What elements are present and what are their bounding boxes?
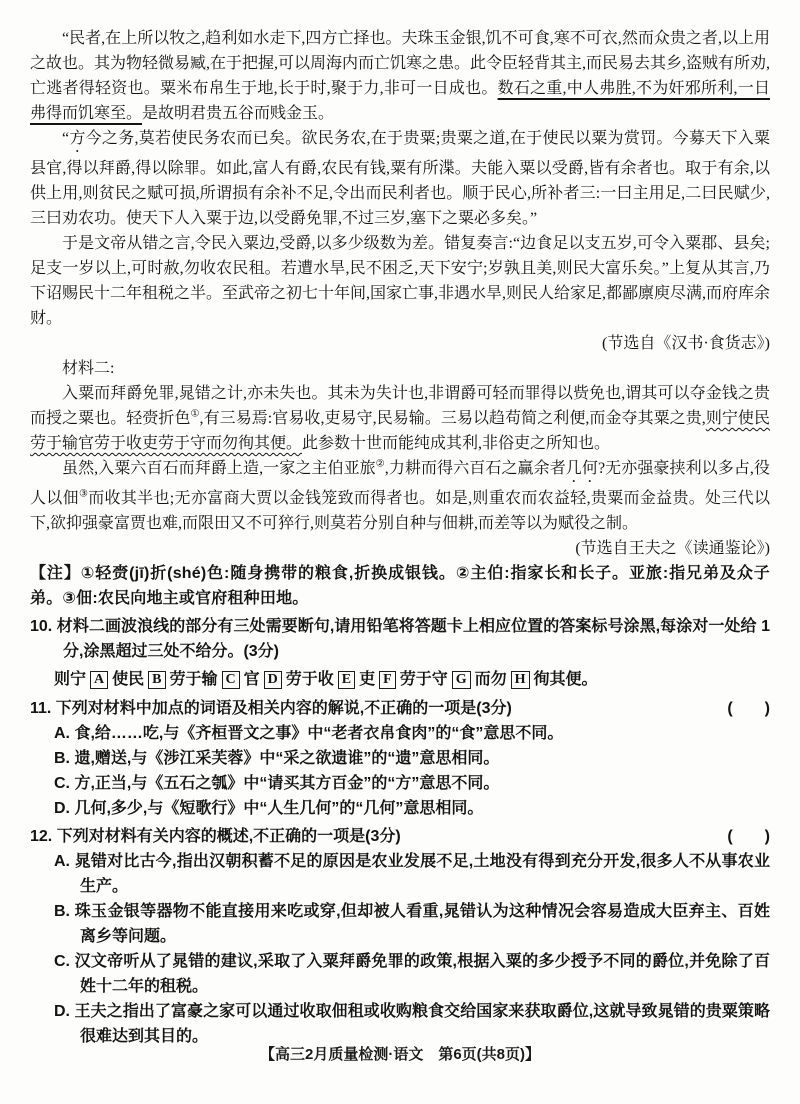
material1-attribution: (节选自《汉书·食货志》) xyxy=(30,331,770,356)
text-segment: 吏 xyxy=(359,671,375,688)
question-12-option-c: C. 汉文帝听从了晁错的建议,采取了入粟拜爵免罪的政策,根据入粟的多少授予不同的… xyxy=(54,949,770,999)
text-segment: 是故明君贵五谷而贱金玉。 xyxy=(142,105,334,122)
text-segment: 虽然,入粟六百石而拜爵上造,一家之主伯亚旅 xyxy=(62,460,376,477)
answer-letter-box: G xyxy=(452,671,471,689)
text-segment: ,力耕而得六百石之赢余者 xyxy=(385,460,566,477)
text-segment: B. 珠玉金银等器物不能直接用来吃或穿,但却被人看重,晁错认为这种情况会容易造成… xyxy=(54,903,770,945)
text-segment: 几何 xyxy=(566,460,598,477)
text-segment: ① xyxy=(191,409,200,420)
question-11-option-d: D. 几何,多少,与《短歌行》中“人生几何”的“几何”意思相同。 xyxy=(54,796,770,821)
question-11-option-b: B. 遗,赠送,与《涉江采芙蓉》中“采之欲遗谁”的“遗”意思相同。 xyxy=(54,746,770,771)
text-segment: (节选自《汉书·食货志》) xyxy=(602,335,770,352)
text-segment: 【注】①轻赍(jī)折(shé)色:随身携带的粮食,折换成银钱。②主伯:指家长和… xyxy=(30,565,770,607)
text-segment: 今之务,莫若使民务农而已矣。欲民务农,在于贵粟;贵粟之道,在于使民以粟为赏罚。今… xyxy=(30,130,770,227)
question-12-option-d: D. 王夫之指出了富豪之家可以通过收取佃租或收购粮食交给国家来获取爵位,这就导致… xyxy=(54,999,770,1049)
text-segment: A. 晁错对比古今,指出汉朝积蓄不足的原因是农业发展不足,土地没有得到充分开发,… xyxy=(54,853,770,895)
footer-text: 【高三2月质量检测·语文 第6页(共8页)】 xyxy=(260,1046,540,1063)
answer-letter-box: F xyxy=(379,671,396,689)
material2-paragraph-1: 入粟而拜爵免罪,晁错之计,亦未失也。其未为失计也,非谓爵可轻而罪得以赀免也,谓其… xyxy=(30,381,770,456)
question-11-option-c: C. 方,正当,与《五石之瓠》中“请买其方百金”的“方”意思不同。 xyxy=(54,771,770,796)
question-12-option-b: B. 珠玉金银等器物不能直接用来吃或穿,但却被人看重,晁错认为这种情况会容易造成… xyxy=(54,899,770,949)
text-segment: ③ xyxy=(79,489,88,500)
exam-page: “民者,在上所以牧之,趋利如水走下,四方亡择也。夫珠玉金银,饥不可食,寒不可衣,… xyxy=(0,0,800,1104)
question-12-option-a: A. 晁错对比古今,指出汉朝积蓄不足的原因是农业发展不足,土地没有得到充分开发,… xyxy=(54,849,770,899)
notes: 【注】①轻赍(jī)折(shé)色:随身携带的粮食,折换成银钱。②主伯:指家长和… xyxy=(30,561,770,611)
text-segment: 此参数十世而能纯成其利,非俗吏之所知也。 xyxy=(302,435,610,452)
material1-paragraph-3: 于是文帝从错之言,令民入粟边,受爵,以多少级数为差。错复奏言:“边食足以支五岁,… xyxy=(30,231,770,331)
text-segment: 官 xyxy=(244,671,260,688)
question-10-answer-line: 则宁A使民B劳于输C官D劳于收E吏F劳于守G而勿H徇其便。 xyxy=(54,667,770,692)
page-footer: 【高三2月质量检测·语文 第6页(共8页)】 xyxy=(0,1043,800,1064)
text-segment: 劳于输 xyxy=(170,671,218,688)
text-segment: C. 汉文帝听从了晁错的建议,采取了入粟拜爵免罪的政策,根据入粟的多少授予不同的… xyxy=(54,953,770,995)
answer-bracket: ( ) xyxy=(717,824,770,849)
text-segment: D. 王夫之指出了富豪之家可以通过收取佃租或收购粮食交给国家来获取爵位,这就导致… xyxy=(54,1003,770,1045)
text-segment: 于是文帝从错之言,令民入粟边,受爵,以多少级数为差。错复奏言:“边食足以支五岁,… xyxy=(30,235,770,327)
answer-letter-box: D xyxy=(264,671,282,689)
question-12: 12. 下列对材料有关内容的概述,不正确的一项是(3分)( ) xyxy=(30,824,770,849)
answer-letter-box: C xyxy=(222,671,240,689)
answer-letter-box: E xyxy=(338,671,355,689)
answer-bracket: ( ) xyxy=(717,696,770,721)
answer-letter-box: B xyxy=(148,671,165,689)
text-segment: 而收其半也;无亦富商大贾以金钱笼致而得者也。如是,则重农而农益轻,贵粟而金益贵。… xyxy=(30,490,770,532)
document-body: “民者,在上所以牧之,趋利如水走下,四方亡择也。夫珠玉金银,饥不可食,寒不可衣,… xyxy=(30,26,770,1049)
text-segment: ② xyxy=(376,459,385,470)
text-segment: B. 遗,赠送,与《涉江采芙蓉》中“采之欲遗谁”的“遗”意思相同。 xyxy=(54,750,499,767)
text-segment: (节选自王夫之《读通鉴论》) xyxy=(575,540,770,557)
text-segment: 12. 下列对材料有关内容的概述,不正确的一项是(3分) xyxy=(30,828,401,845)
text-segment: 而勿 xyxy=(475,671,507,688)
text-segment: 则宁 xyxy=(54,671,86,688)
question-11: 11. 下列对材料中加点的词语及相关内容的解说,不正确的一项是(3分)( ) xyxy=(30,696,770,721)
text-segment: 使民 xyxy=(112,671,144,688)
text-segment: 徇其便。 xyxy=(534,671,598,688)
answer-letter-box: A xyxy=(90,671,108,689)
material2-label: 材料二: xyxy=(30,356,770,381)
question-10: 10. 材料二画波浪线的部分有三处需要断句,请用铅笔将答题卡上相应位置的答案标号… xyxy=(30,614,770,664)
text-segment: 劳于守 xyxy=(400,671,448,688)
text-segment: C. 方,正当,与《五石之瓠》中“请买其方百金”的“方”意思不同。 xyxy=(54,775,499,792)
text-segment: A. 食,给……吃,与《齐桓晋文之事》中“老者衣帛食肉”的“食”意思不同。 xyxy=(54,725,563,742)
text-segment: 劳于收 xyxy=(286,671,334,688)
material1-paragraph-2: “方今之务,莫若使民务农而已矣。欲民务农,在于贵粟;贵粟之道,在于使民以粟为赏罚… xyxy=(30,126,770,231)
text-segment: ,有三易焉:官易收,吏易守,民易输。三易以趋苟简之利便,而金夺其粟之贵, xyxy=(200,410,706,427)
text-segment: D. 几何,多少,与《短歌行》中“人生几何”的“几何”意思相同。 xyxy=(54,800,483,817)
material2-paragraph-2: 虽然,入粟六百石而拜爵上造,一家之主伯亚旅②,力耕而得六百石之赢余者几何?无亦强… xyxy=(30,456,770,536)
text-segment: 10. 材料二画波浪线的部分有三处需要断句,请用铅笔将答题卡上相应位置的答案标号… xyxy=(30,618,770,660)
text-segment: 11. 下列对材料中加点的词语及相关内容的解说,不正确的一项是(3分) xyxy=(30,700,512,717)
material1-paragraph-1: “民者,在上所以牧之,趋利如水走下,四方亡择也。夫珠玉金银,饥不可食,寒不可衣,… xyxy=(30,26,770,126)
answer-letter-box: H xyxy=(511,671,530,689)
material2-attribution: (节选自王夫之《读通鉴论》) xyxy=(30,536,770,561)
text-segment: 材料二: xyxy=(62,360,114,377)
question-11-option-a: A. 食,给……吃,与《齐桓晋文之事》中“老者衣帛食肉”的“食”意思不同。 xyxy=(54,721,770,746)
text-segment: 方 xyxy=(69,130,86,147)
